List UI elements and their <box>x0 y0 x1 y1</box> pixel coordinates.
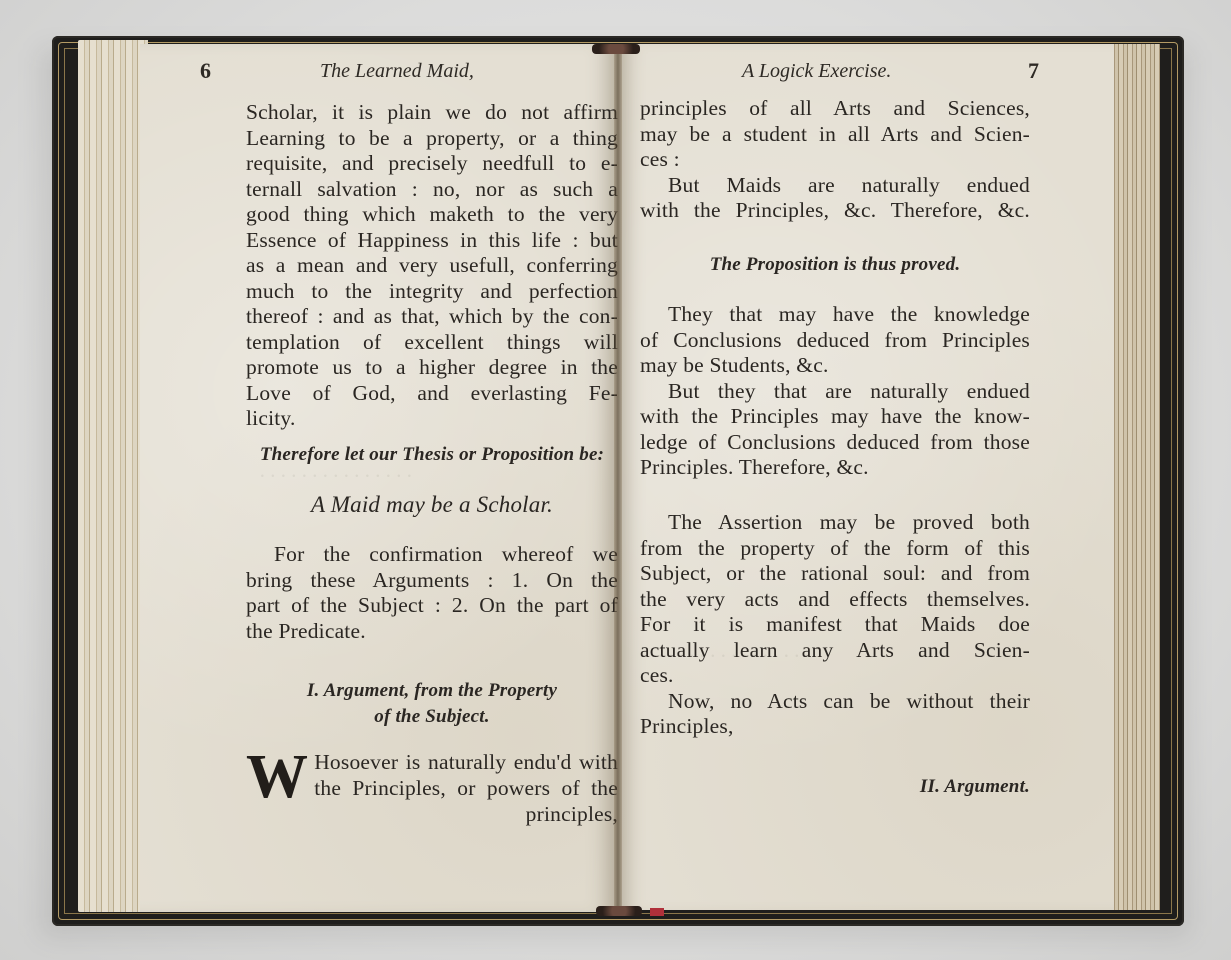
text-line: ces. <box>640 663 1030 689</box>
proof-paragraph: They that may have the knowledge of Conc… <box>640 302 1030 481</box>
text-line: bring these Arguments : 1. On the <box>246 568 618 594</box>
text-line: from the property of the form of this <box>640 536 1030 562</box>
text-line: For it is manifest that Maids doe <box>640 612 1030 638</box>
text-line: may be Students, &c. <box>640 353 1030 379</box>
text-line: Now, no Acts can be without their <box>640 689 1030 715</box>
text-line: Essence of Happiness in this life : but <box>246 228 618 254</box>
running-head: The Learned Maid, <box>320 60 474 83</box>
text-line: Learning to be a property, or a thing <box>246 126 618 152</box>
catchword: II. Argument. <box>640 774 1030 800</box>
drop-cap: W <box>246 752 308 802</box>
page-edges-right <box>1110 44 1160 910</box>
text-line: much to the integrity and perfection <box>246 279 618 305</box>
text-line: Love of God, and everlasting Fe- <box>246 381 618 407</box>
confirmation-paragraph: For the confirmation whereof we bring th… <box>246 542 618 644</box>
text-line: ces : <box>640 147 1030 173</box>
text-line: templation of excellent things will <box>246 330 618 356</box>
body-text: Scholar, it is plain we do not affirm Le… <box>246 100 618 432</box>
page-edges-left <box>78 40 148 912</box>
assertion-paragraph: The Assertion may be proved both from th… <box>640 510 1030 740</box>
text-line: Subject, or the rational soul: and from <box>640 561 1030 587</box>
text-line: The Assertion may be proved both <box>640 510 1030 536</box>
argument-heading-line-1: I. Argument, from the Property <box>246 678 618 704</box>
thesis-statement: A Maid may be a Scholar. <box>246 492 618 518</box>
text-line: principles of all Arts and Sciences, <box>640 96 1030 122</box>
text-line: thereof : and as that, which by the con- <box>246 304 618 330</box>
text-line: part of the Subject : 2. On the part of <box>246 593 618 619</box>
right-page: · · · · · · · · · · · · · · · A Logick E… <box>618 44 1114 910</box>
thesis-intro: Therefore let our Thesis or Proposition … <box>246 442 618 468</box>
left-page: · · · · · · · · · · · · · · · 6 The Lear… <box>140 44 618 912</box>
argument-heading: I. Argument, from the Property of the Su… <box>246 678 618 729</box>
page-number: 6 <box>200 58 211 84</box>
text-line: actually learn any Arts and Scien- <box>640 638 1030 664</box>
text-line: But Maids are naturally endued <box>640 173 1030 199</box>
text-line: with the Principles may have the know- <box>640 404 1030 430</box>
text-line: promote us to a higher degree in the <box>246 355 618 381</box>
ribbon-marker <box>650 908 664 916</box>
headband-bottom <box>596 906 642 916</box>
running-head: A Logick Exercise. <box>742 60 891 83</box>
text-line: licity. <box>246 406 618 432</box>
body-text: principles of all Arts and Sciences, may… <box>640 96 1030 224</box>
text-line: as a mean and very usefull, conferring <box>246 253 618 279</box>
text-line: But they that are naturally endued <box>640 379 1030 405</box>
text-line: Scholar, it is plain we do not affirm <box>246 100 618 126</box>
show-through-text: · · · · · · · · · · · · · · · <box>260 464 412 489</box>
text-line: the Predicate. <box>246 619 618 645</box>
text-line: may be a student in all Arts and Scien- <box>640 122 1030 148</box>
text-line: of Conclusions deduced from Principles <box>640 328 1030 354</box>
text-line: with the Principles, &c. Therefore, &c. <box>640 198 1030 224</box>
proof-heading: The Proposition is thus proved. <box>640 252 1030 278</box>
argument-paragraph: W Hosoever is naturally endu'd with the … <box>246 750 618 828</box>
text-line: ternall salvation : no, nor as such a <box>246 177 618 203</box>
text-line: the very acts and effects themselves. <box>640 587 1030 613</box>
text-line: good thing which maketh to the very <box>246 202 618 228</box>
argument-heading-line-2: of the Subject. <box>246 704 618 730</box>
text-line: For the confirmation whereof we <box>246 542 618 568</box>
text-line: Principles. Therefore, &c. <box>640 455 1030 481</box>
headband-top <box>592 44 640 54</box>
text-line: requisite, and precisely needfull to e- <box>246 151 618 177</box>
text-line: They that may have the knowledge <box>640 302 1030 328</box>
book-gutter <box>614 44 622 910</box>
page-number: 7 <box>1028 58 1039 84</box>
text-line: Principles, <box>640 714 1030 740</box>
text-line: ledge of Conclusions deduced from those <box>640 430 1030 456</box>
